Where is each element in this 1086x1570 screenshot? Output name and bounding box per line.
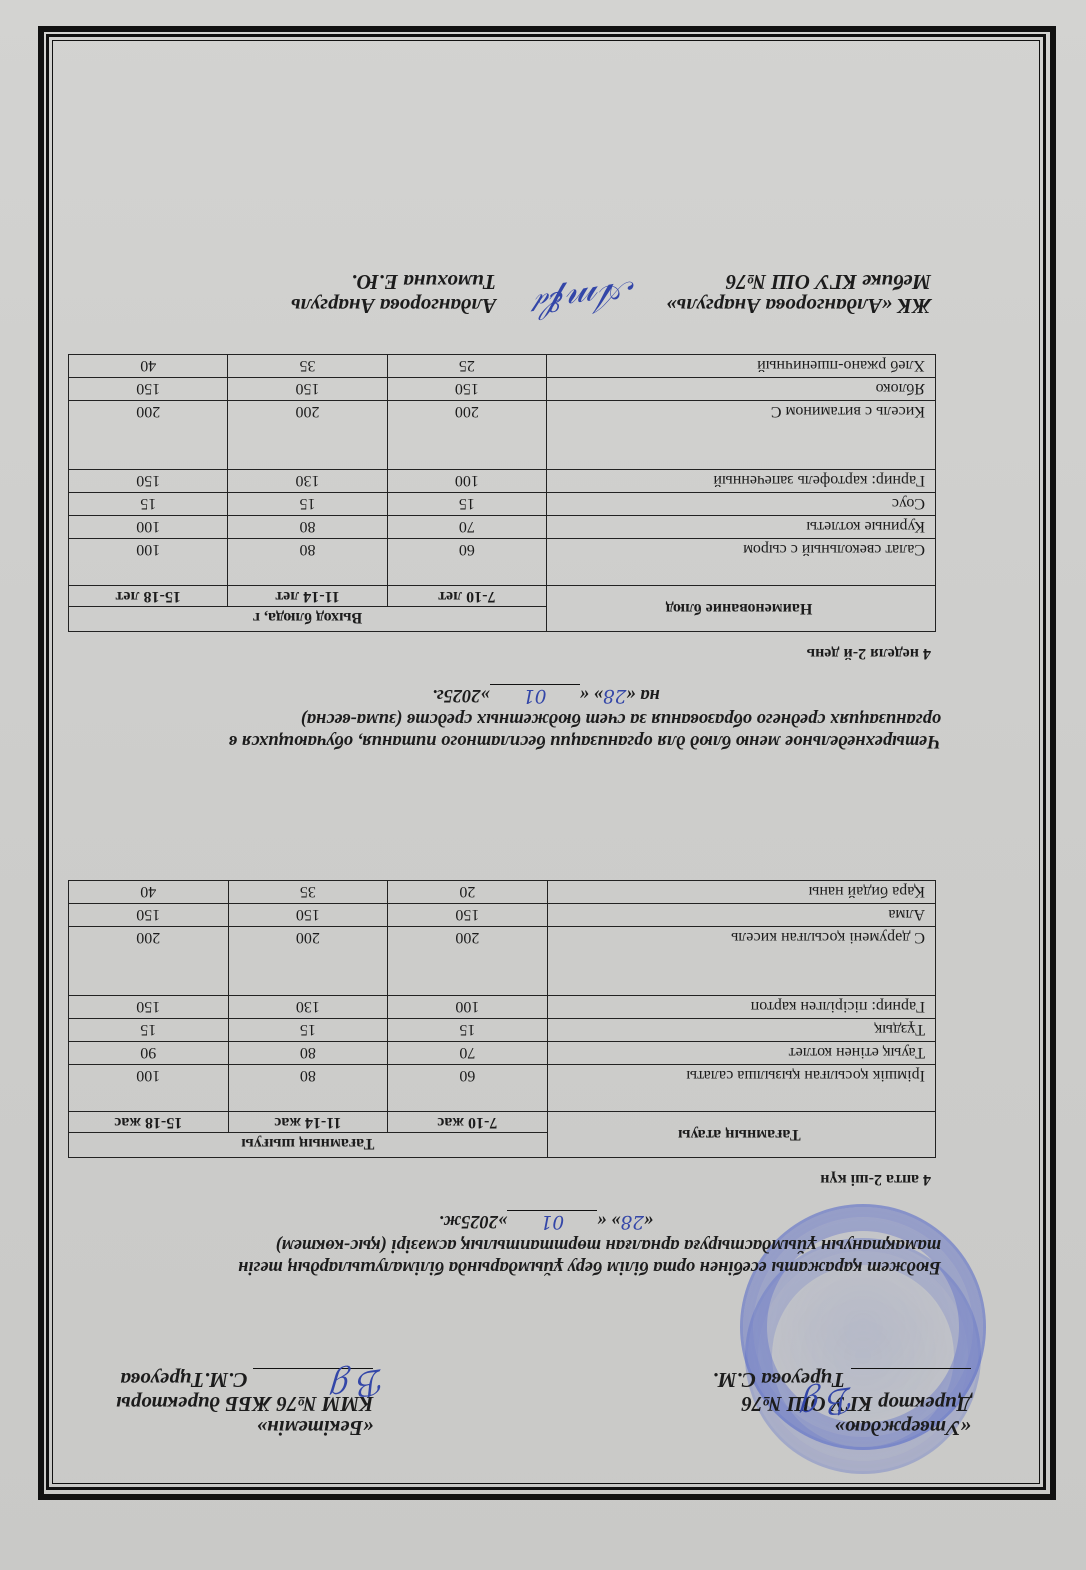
portion-grams: 100 (387, 470, 546, 493)
kz-table-row: Тұздық151515 (69, 1019, 936, 1042)
dish-name: Соус (546, 493, 935, 516)
ru-menu-table: Наименование блюд Выход блюда, г 7-10 ле… (68, 354, 936, 632)
ru-table-row: Кисель с витамином С200200200 (69, 401, 936, 470)
kz-menu-table: Тағамның атауы Тағамның шығуы 7-10 жас 1… (68, 880, 936, 1158)
supplier-block: ЖК «Алдангорова Анаргуль» Мебике КГУ ОШ … (666, 270, 931, 318)
portion-grams: 80 (228, 539, 387, 586)
document-page: «Утверждаю» Директор КГУ ОШ №76 Тцреуова… (0, 0, 1086, 1570)
ru-day-label: 4 неделя 2-й день (66, 644, 1026, 662)
kz-table-row: Алма150150150 (69, 904, 936, 927)
portion-grams: 15 (387, 493, 546, 516)
portion-grams: 150 (69, 378, 228, 401)
portion-grams: 150 (69, 996, 229, 1019)
dish-name: Гарнир: пісірілген картоп (547, 996, 935, 1019)
portion-grams: 200 (69, 927, 229, 996)
portion-grams: 150 (228, 904, 388, 927)
ru-date: на «28» «01»2025г. (66, 684, 1026, 706)
portion-grams: 20 (388, 881, 548, 904)
portion-grams: 100 (69, 539, 228, 586)
dish-name: Салат свекольный с сыром (546, 539, 935, 586)
kz-header-age: 11-14 жас (228, 1112, 388, 1133)
portion-grams: 80 (228, 1065, 388, 1112)
signer-nurse: Тимохина Е.Ю. (291, 270, 496, 294)
kz-day-label: 4 апта 2-ші күн (66, 1170, 1026, 1188)
dish-name: Куриные котлеты (546, 516, 935, 539)
dish-name: Алма (547, 904, 935, 927)
portion-grams: 60 (387, 539, 546, 586)
page-content: «Утверждаю» Директор КГУ ОШ №76 Тцреуова… (66, 258, 1026, 1470)
portion-grams: 100 (69, 516, 228, 539)
kz-header-age: 15-18 жас (69, 1112, 229, 1133)
portion-grams: 25 (387, 355, 546, 378)
signature-director-ru: ℬℊ (792, 1377, 859, 1434)
portion-grams: 90 (69, 1042, 229, 1065)
portion-grams: 35 (228, 881, 388, 904)
kz-header-age: 7-10 жас (388, 1112, 548, 1133)
portion-grams: 80 (228, 1042, 388, 1065)
ru-title-line1: Четырехнедельное меню блюд для организац… (66, 730, 1026, 752)
dish-name: Ірімшік қосылған қызылша салаты (547, 1065, 935, 1112)
approval-kz-title: «Бекітемін» (116, 1416, 373, 1440)
portion-grams: 200 (228, 927, 388, 996)
kz-section: Бюджет қаражаты есебінен орта білім беру… (66, 880, 1026, 1278)
ru-table-row: Соус151515 (69, 493, 936, 516)
ru-table-row: Гарнир: картофель запеченный100130150 (69, 470, 936, 493)
kz-table-row: Гарнир: пісірілген картоп100130150 (69, 996, 936, 1019)
portion-grams: 15 (228, 493, 387, 516)
dish-name: Тауық етінен котлет (547, 1042, 935, 1065)
ru-table-row: Куриные котлеты7080100 (69, 516, 936, 539)
kz-header-group: Тағамның шығуы (69, 1133, 548, 1158)
portion-grams: 200 (228, 401, 387, 470)
ru-table-row: Салат свекольный с сыром6080100 (69, 539, 936, 586)
supplier-name: ЖК «Алдангорова Анаргуль» (666, 294, 931, 318)
portion-grams: 150 (388, 904, 548, 927)
portion-grams: 15 (69, 493, 228, 516)
dish-name: Гарнир: картофель запеченный (546, 470, 935, 493)
portion-grams: 70 (388, 1042, 548, 1065)
approval-block: «Утверждаю» Директор КГУ ОШ №76 Тцреуова… (66, 1368, 1026, 1440)
ru-header-group: Выход блюда, г (69, 607, 547, 632)
kz-title-line1: Бюджет қаражаты есебінен орта білім беру… (66, 1256, 1026, 1278)
portion-grams: 150 (69, 470, 228, 493)
portion-grams: 100 (388, 996, 548, 1019)
kz-table-row: Ірімшік қосылған қызылша салаты6080100 (69, 1065, 936, 1112)
signature-nurse: ℰ𝒹 (535, 283, 568, 318)
portion-grams: 150 (69, 904, 229, 927)
ru-title-line2: организациях среднего образования за сче… (66, 708, 1026, 730)
kz-header-name: Тағамның атауы (547, 1112, 935, 1158)
kz-date-month: 01 (507, 1210, 597, 1232)
portion-grams: 130 (228, 996, 388, 1019)
signer-supplier: Алдангорова Анаргуль (291, 294, 496, 318)
ru-section: Четырехнедельное меню блюд для организац… (66, 354, 1026, 752)
supplier-school: Мебике КГУ ОШ №76 (666, 270, 931, 294)
signature-line (851, 1368, 971, 1369)
portion-grams: 80 (228, 516, 387, 539)
ru-table-row: Хлеб ржано-пшеничный253540 (69, 355, 936, 378)
portion-grams: 150 (228, 378, 387, 401)
ru-table-row: Яблоко150150150 (69, 378, 936, 401)
kz-title-line2: тамақтануын ұйымдастыруға арналған төртт… (66, 1234, 1026, 1256)
portion-grams: 130 (228, 470, 387, 493)
kz-date-day: 28 (620, 1211, 644, 1232)
dish-name: Тұздық (547, 1019, 935, 1042)
portion-grams: 15 (228, 1019, 388, 1042)
dish-name: Қара бидай наны (547, 881, 935, 904)
portion-grams: 15 (69, 1019, 229, 1042)
portion-grams: 200 (388, 927, 548, 996)
kz-table-row: Тауық етінен котлет708090 (69, 1042, 936, 1065)
signers-block: Алдангорова Анаргуль Тимохина Е.Ю. (291, 270, 496, 318)
portion-grams: 100 (69, 1065, 229, 1112)
ru-header-name: Наименование блюд (546, 586, 935, 632)
portion-grams: 40 (69, 881, 229, 904)
kz-date: «28» «01»2025ж. (66, 1210, 1026, 1232)
signature-director-kz: ℬℊ (322, 1359, 389, 1416)
kz-table-row: Қара бидай наны203540 (69, 881, 936, 904)
ru-header-age: 7-10 лет (387, 586, 546, 607)
dish-name: С дәрумені қосылған кисель (547, 927, 935, 996)
dish-name: Хлеб ржано-пшеничный (546, 355, 935, 378)
portion-grams: 15 (388, 1019, 548, 1042)
kz-table-row: С дәрумені қосылған кисель200200200 (69, 927, 936, 996)
portion-grams: 35 (228, 355, 387, 378)
portion-grams: 70 (387, 516, 546, 539)
portion-grams: 200 (69, 401, 228, 470)
portion-grams: 60 (388, 1065, 548, 1112)
ru-date-day: 28 (603, 685, 627, 706)
portion-grams: 200 (387, 401, 546, 470)
portion-grams: 40 (69, 355, 228, 378)
ru-header-age: 11-14 лет (228, 586, 387, 607)
portion-grams: 150 (387, 378, 546, 401)
dish-name: Кисель с витамином С (546, 401, 935, 470)
ru-date-month: 01 (490, 684, 580, 706)
dish-name: Яблоко (546, 378, 935, 401)
footer-signatures: ЖК «Алдангорова Анаргуль» Мебике КГУ ОШ … (66, 258, 1026, 318)
signature-pair: 𝒜𝓂𝒻 ℰ𝒹 (496, 258, 666, 318)
ru-header-age: 15-18 лет (69, 586, 228, 607)
